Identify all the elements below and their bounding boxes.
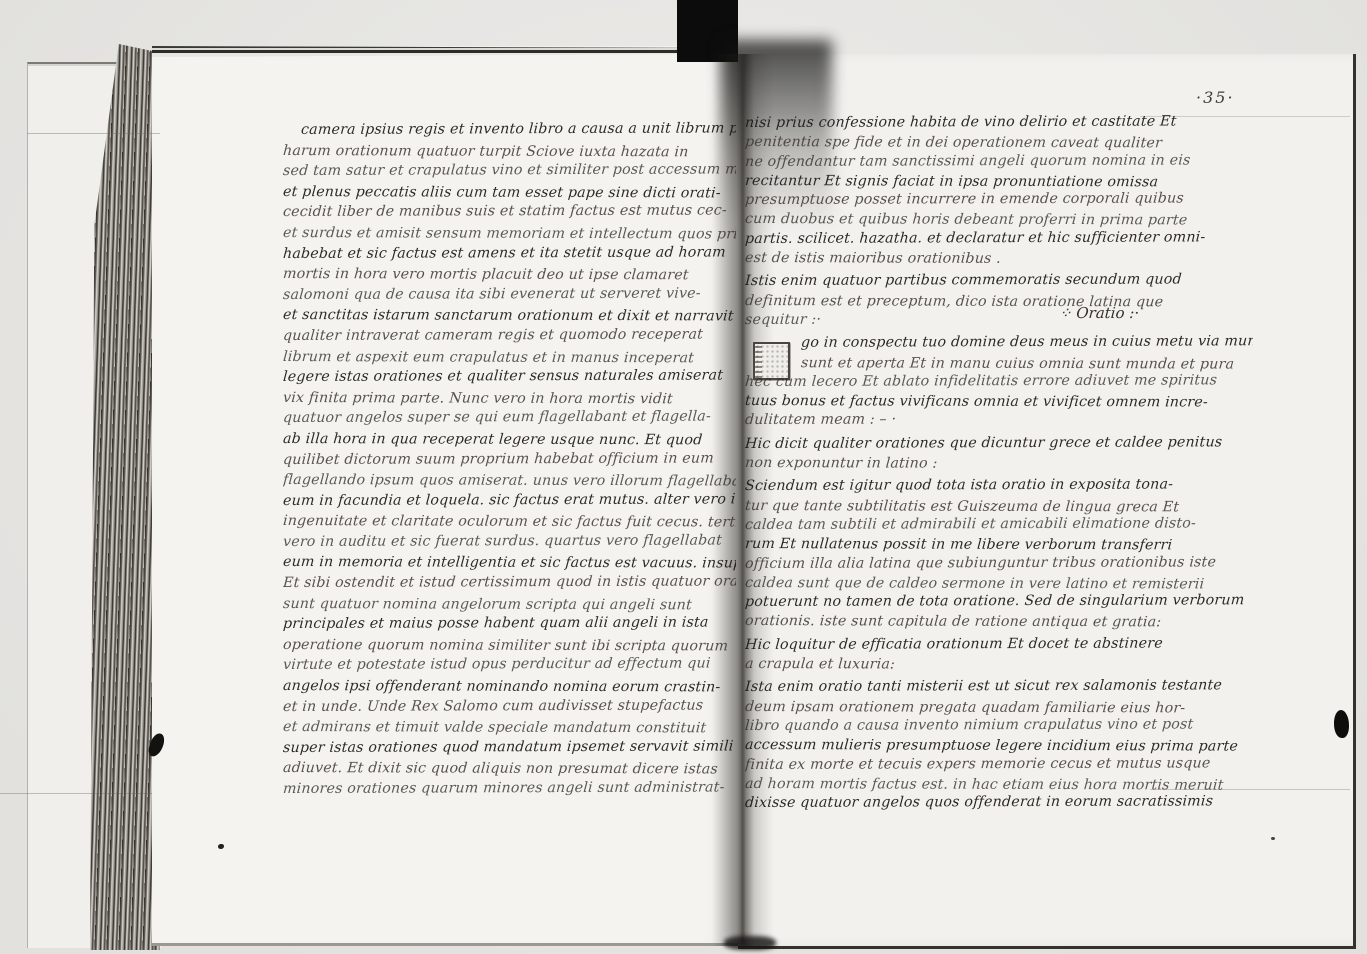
text-line: Hic dicit qualiter orationes que dicuntu… [745, 433, 1253, 454]
text-line: Ista enim oratio tanti misterii est ut s… [745, 677, 1253, 698]
text-line: sequitur :· [745, 309, 1253, 330]
paragraph: Sciendum est igitur quod tota ista orati… [745, 477, 1253, 631]
text-line: dulitatem meam : – · [745, 410, 1253, 431]
text-line: eum in facundia et loquela. sic factus e… [283, 489, 736, 511]
text-line: quatuor angelos super se qui eum flagell… [283, 407, 736, 429]
left-page-text: camera ipsius regis et invento libro a c… [283, 120, 736, 820]
gutter-foot-shadow [724, 936, 776, 950]
text-line: a crapula et luxuria: [745, 655, 1253, 676]
text-line: dixisse quatuor angelos quos offenderat … [745, 792, 1253, 813]
text-line: legere istas orationes et qualiter sensu… [283, 366, 736, 388]
text-line: et in unde. Unde Rex Salomo cum audiviss… [283, 695, 736, 717]
paragraph: Hic dicit qualiter orationes que dicuntu… [745, 435, 1253, 474]
text-line: go in conspectu tuo domine deus meus in … [745, 332, 1253, 353]
text-line: ab illa hora in qua receperat legere usq… [283, 429, 736, 451]
gutter-fold-line [741, 56, 744, 944]
text-line: super istas orationes quod mandatum ipse… [283, 736, 736, 758]
text-line: ne offendantur tam sanctissimi angeli qu… [745, 151, 1253, 172]
text-line: principales et maius posse habent quam a… [283, 613, 736, 635]
text-line: Et sibi ostendit et istud certissimum qu… [283, 571, 736, 593]
text-line: habebat et sic factus est amens et ita s… [283, 242, 736, 264]
text-line: finita ex morte et tecuis expers memorie… [745, 754, 1253, 775]
text-line: sed tam satur et crapulatus vino et simi… [283, 160, 736, 182]
text-line: libro quando a causa invento nimium crap… [745, 715, 1253, 736]
text-line: salomoni qua de causa ita sibi evenerat … [283, 283, 736, 305]
text-line: est de istis maioribus orationibus . [745, 249, 1253, 270]
text-line: qualiter intraverat cameram regis et quo… [283, 324, 736, 346]
text-line: minores orationes quarum minores angeli … [283, 777, 736, 799]
paragraph: nisi prius confessione habita de vino de… [745, 114, 1253, 268]
text-line: orationis. iste sunt capitula de ratione… [745, 612, 1253, 633]
text-line: caldea tam subtili et admirabili et amic… [745, 514, 1253, 535]
left-page-top-edges [152, 46, 738, 57]
text-line: Hic loquitur de efficatia orationum Et d… [745, 634, 1253, 655]
text-line: nisi prius confessione habita de vino de… [745, 114, 1253, 133]
paragraph: Istis enim quatuor partibus commemoratis… [745, 272, 1253, 330]
manuscript-photo: ·35· camera ipsius regis et invento libr… [0, 0, 1367, 954]
folio-number: ·35· [1196, 88, 1235, 107]
text-line: virtute et potestate istud opus perducit… [283, 654, 736, 676]
text-line: quilibet dictorum suum proprium habebat … [283, 448, 736, 470]
ink-blob-right-edge [1334, 710, 1349, 738]
text-line: hec cum lecero Et ablato infidelitatis e… [745, 371, 1253, 392]
text-line: presumptuose posset incurrere in emende … [745, 189, 1253, 210]
paragraph: go in conspectu tuo domine deus meus in … [745, 334, 1253, 430]
text-line: potuerunt no tamen de tota oratione. Sed… [745, 591, 1253, 612]
ruled-line [0, 793, 152, 794]
text-line: officium illa alia latina que subiungunt… [745, 553, 1253, 574]
text-line: cecidit liber de manibus suis et statim … [283, 201, 736, 223]
paragraph: Ista enim oratio tanti misterii est ut s… [745, 678, 1253, 813]
text-line: non exponuntur in latino : [745, 454, 1253, 475]
text-line: vero in auditu et sic fuerat surdus. qua… [283, 530, 736, 552]
text-line: Sciendum est igitur quod tota ista orati… [745, 476, 1253, 497]
text-line: Istis enim quatuor partibus commemoratis… [745, 271, 1253, 292]
ruled-line [27, 133, 160, 134]
ink-dot [1271, 837, 1275, 840]
text-line: partis. scilicet. hazatha. et declaratur… [745, 228, 1253, 249]
paragraph: Hic loquitur de efficatia orationum Et d… [745, 636, 1253, 675]
text-line: camera ipsius regis et invento libro a c… [283, 120, 736, 141]
right-page-text: ⁘ Oratio :· nisi prius confessione habit… [745, 114, 1253, 826]
